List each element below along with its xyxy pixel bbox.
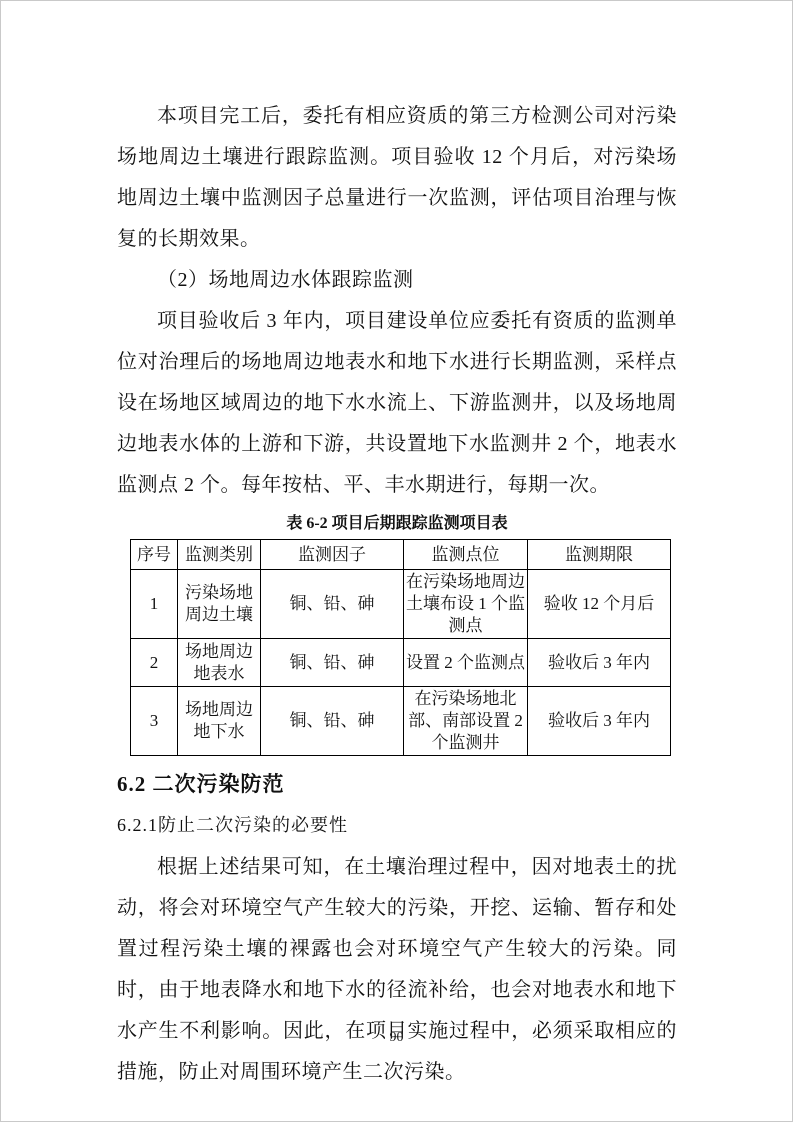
subsection-heading-6-2-1: 6.2.1防止二次污染的必要性	[117, 812, 677, 838]
table-header-cell-period: 监测期限	[528, 540, 671, 570]
section-heading-6-2: 6.2 二次污染防范	[117, 770, 677, 798]
table-cell: 3	[131, 687, 178, 756]
table-cell: 在污染场地北部、南部设置 2 个监测井	[404, 687, 528, 756]
document-content: 本项目完工后，委托有相应资质的第三方检测公司对污染场地周边土壤进行跟踪监测。项目…	[117, 96, 677, 1093]
table-cell: 污染场地周边土壤	[178, 570, 261, 639]
table-cell: 在污染场地周边土壤布设 1 个监测点	[404, 570, 528, 639]
table-row: 3 场地周边地下水 铜、铅、砷 在污染场地北部、南部设置 2 个监测井 验收后 …	[131, 687, 671, 756]
document-page: 本项目完工后，委托有相应资质的第三方检测公司对污染场地周边土壤进行跟踪监测。项目…	[0, 0, 793, 1122]
tracking-monitoring-table: 序号 监测类别 监测因子 监测点位 监测期限 1 污染场地周边土壤 铜、铅、砷 …	[130, 539, 671, 756]
table-cell: 铜、铅、砷	[261, 639, 404, 687]
table-cell: 铜、铅、砷	[261, 570, 404, 639]
table-header-cell-location: 监测点位	[404, 540, 528, 570]
table-header-cell-category: 监测类别	[178, 540, 261, 570]
paragraph-tracking-soil: 本项目完工后，委托有相应资质的第三方检测公司对污染场地周边土壤进行跟踪监测。项目…	[117, 96, 677, 260]
table-header-row: 序号 监测类别 监测因子 监测点位 监测期限	[131, 540, 671, 570]
paragraph-secondary-pollution: 根据上述结果可知，在土壤治理过程中，因对地表土的扰动，将会对环境空气产生较大的污…	[117, 847, 677, 1093]
table-row: 2 场地周边地表水 铜、铅、砷 设置 2 个监测点 验收后 3 年内	[131, 639, 671, 687]
table-header-cell-factor: 监测因子	[261, 540, 404, 570]
paragraph-water-monitoring-title: （2）场地周边水体跟踪监测	[117, 260, 677, 301]
table-cell: 场地周边地下水	[178, 687, 261, 756]
table-cell: 2	[131, 639, 178, 687]
page-number: 90	[0, 1029, 793, 1047]
table-row: 1 污染场地周边土壤 铜、铅、砷 在污染场地周边土壤布设 1 个监测点 验收 1…	[131, 570, 671, 639]
table-cell: 铜、铅、砷	[261, 687, 404, 756]
table-cell: 验收后 3 年内	[528, 687, 671, 756]
table-caption: 表 6-2 项目后期跟踪监测项目表	[117, 513, 677, 535]
table-cell: 场地周边地表水	[178, 639, 261, 687]
table-cell: 1	[131, 570, 178, 639]
paragraph-water-monitoring-body: 项目验收后 3 年内，项目建设单位应委托有资质的监测单位对治理后的场地周边地表水…	[117, 301, 677, 506]
table-cell: 设置 2 个监测点	[404, 639, 528, 687]
table-header-cell-seq: 序号	[131, 540, 178, 570]
table-cell: 验收后 3 年内	[528, 639, 671, 687]
table-cell: 验收 12 个月后	[528, 570, 671, 639]
